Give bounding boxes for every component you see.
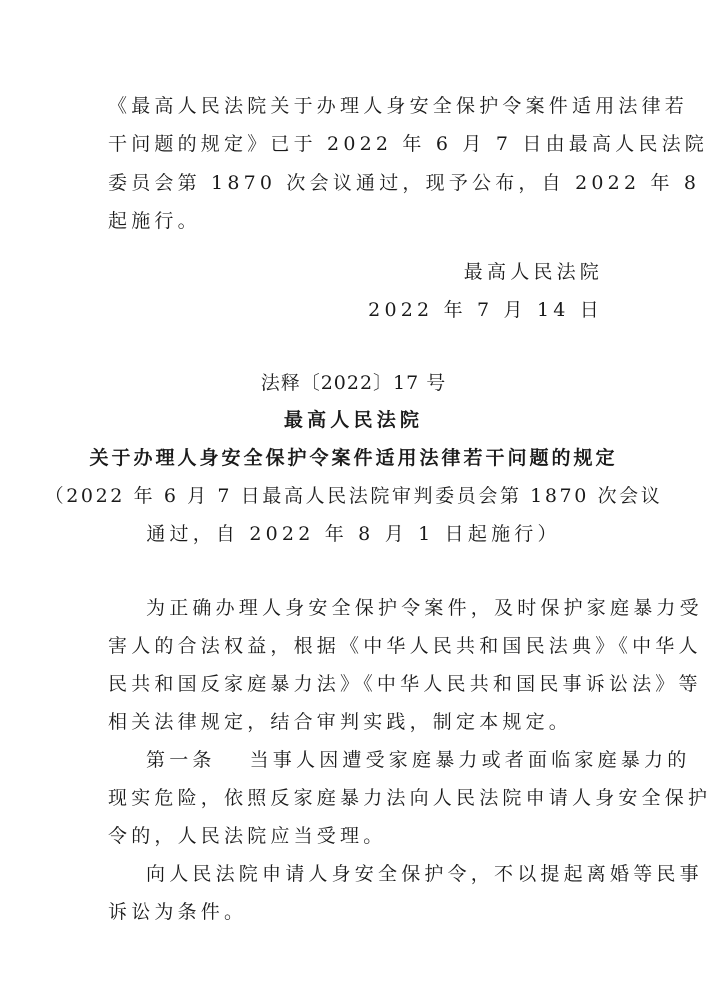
announcement-line: 起施行。 — [108, 209, 201, 233]
announcement-line: 《最高人民法院关于办理人身安全保护令案件适用法律若 — [108, 94, 688, 118]
preamble-line: 为正确办理人身安全保护令案件，及时保护家庭暴力受 — [146, 596, 703, 620]
adoption-note: 通过，自 2022 年 8 月 1 日起施行） — [0, 522, 707, 546]
article-1-label: 第一条 — [146, 749, 216, 771]
article-1-line: 第一条当事人因遭受家庭暴力或者面临家庭暴力的 — [146, 748, 690, 772]
article-1-line: 现实危险，依照反家庭暴力法向人民法院申请人身安全保护 — [108, 786, 707, 810]
article-1-line: 令的，人民法院应当受理。 — [108, 824, 386, 848]
announcement-line: 干问题的规定》已于 2022 年 6 月 7 日由最高人民法院审判 — [108, 132, 707, 156]
document-title: 关于办理人身安全保护令案件适用法律若干问题的规定 — [0, 446, 707, 470]
preamble-line: 民共和国反家庭暴力法》《中华人民共和国民事诉讼法》等 — [108, 672, 702, 696]
adoption-note: （2022 年 6 月 7 日最高人民法院审判委员会第 1870 次会议 — [0, 484, 707, 508]
preamble-line: 害人的合法权益，根据《中华人民共和国民法典》《中华人 — [108, 634, 702, 658]
preamble-line: 相关法律规定，结合审判实践，制定本规定。 — [108, 710, 572, 734]
announcement-signature: 最高人民法院 — [464, 260, 603, 284]
document-number: 法释〔2022〕17 号 — [0, 371, 707, 395]
article-1-paragraph-2-line: 向人民法院申请人身安全保护令，不以提起离婚等民事 — [146, 862, 703, 886]
article-1-text: 当事人因遭受家庭暴力或者面临家庭暴力的 — [250, 749, 691, 771]
document-issuer: 最高人民法院 — [0, 408, 707, 432]
announcement-date: 2022 年 7 月 14 日 — [368, 298, 603, 322]
article-1-paragraph-2-line: 诉讼为条件。 — [108, 900, 247, 924]
announcement-line: 委员会第 1870 次会议通过，现予公布，自 2022 年 8 月 1 日 — [108, 171, 707, 195]
